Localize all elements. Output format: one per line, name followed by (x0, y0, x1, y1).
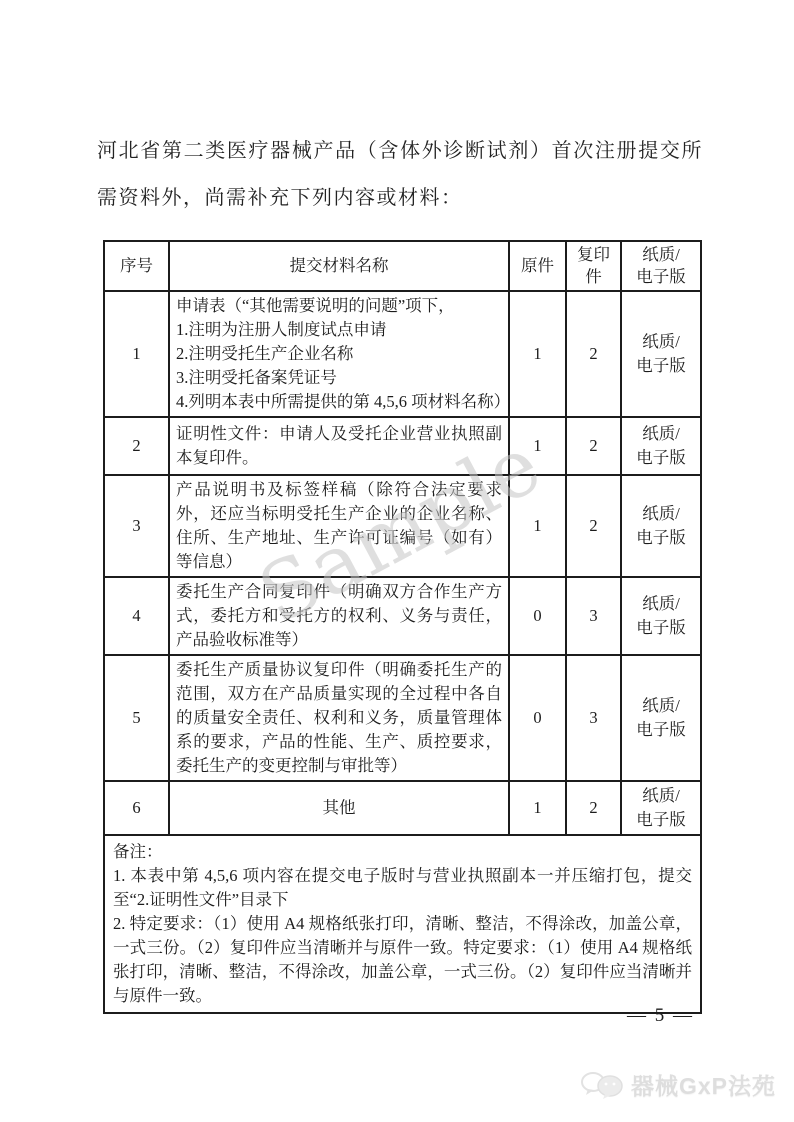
format-value: 纸质/ 电子版 (621, 291, 701, 417)
table-row: 5 委托生产质量协议复印件（明确委托生产的范围，双方在产品质量实现的全过程中各自… (104, 655, 701, 781)
table-row: 2 证明性文件：申请人及受托企业营业执照副本复印件。 1 2 纸质/ 电子版 (104, 417, 701, 475)
copies-count: 2 (566, 475, 621, 577)
material-name: 其他 (169, 781, 509, 835)
row-number: 4 (104, 577, 169, 655)
material-name: 委托生产质量协议复印件（明确委托生产的范围，双方在产品质量实现的全过程中各自的质… (169, 655, 509, 781)
format-value: 纸质/ 电子版 (621, 417, 701, 475)
original-count: 1 (509, 475, 566, 577)
materials-table: 序号 提交材料名称 原件 复印 件 纸质/ 电子版 1 申请表（“其他需要说明的… (103, 240, 702, 1014)
table-row: 4 委托生产合同复印件（明确双方合作生产方式，委托方和受托方的权利、义务与责任，… (104, 577, 701, 655)
document-page: 河北省第二类医疗器械产品（含体外诊断试剂）首次注册提交所需资料外，尚需补充下列内… (0, 0, 794, 1122)
original-count: 1 (509, 781, 566, 835)
format-value: 纸质/ 电子版 (621, 655, 701, 781)
page-number: — 5 — (627, 1005, 694, 1027)
material-name: 委托生产合同复印件（明确双方合作生产方式，委托方和受托方的权利、义务与责任，产品… (169, 577, 509, 655)
notes-text: 备注： 1. 本表中第 4,5,6 项内容在提交电子版时与营业执照副本一并压缩打… (104, 835, 701, 1013)
table-row: 1 申请表（“其他需要说明的问题”项下， 1.注明为注册人制度试点申请 2.注明… (104, 291, 701, 417)
brand-name: 器械GxP法苑 (631, 1068, 776, 1101)
row-number: 3 (104, 475, 169, 577)
copies-count: 3 (566, 577, 621, 655)
notes-row: 备注： 1. 本表中第 4,5,6 项内容在提交电子版时与营业执照副本一并压缩打… (104, 835, 701, 1013)
material-name: 证明性文件：申请人及受托企业营业执照副本复印件。 (169, 417, 509, 475)
original-count: 0 (509, 655, 566, 781)
row-number: 6 (104, 781, 169, 835)
copies-count: 2 (566, 417, 621, 475)
format-value: 纸质/ 电子版 (621, 475, 701, 577)
row-number: 1 (104, 291, 169, 417)
copies-count: 3 (566, 655, 621, 781)
speech-bubbles-icon (581, 1070, 625, 1100)
format-value: 纸质/ 电子版 (621, 577, 701, 655)
brand-watermark: 器械GxP法苑 (581, 1068, 776, 1101)
table-header-row: 序号 提交材料名称 原件 复印 件 纸质/ 电子版 (104, 241, 701, 291)
col-header-format: 纸质/ 电子版 (621, 241, 701, 291)
row-number: 2 (104, 417, 169, 475)
original-count: 1 (509, 417, 566, 475)
table-row: 3 产品说明书及标签样稿（除符合法定要求外，还应当标明受托生产企业的企业名称、住… (104, 475, 701, 577)
copies-count: 2 (566, 291, 621, 417)
copies-count: 2 (566, 781, 621, 835)
format-value: 纸质/ 电子版 (621, 781, 701, 835)
original-count: 1 (509, 291, 566, 417)
col-header-copies: 复印 件 (566, 241, 621, 291)
original-count: 0 (509, 577, 566, 655)
material-name: 产品说明书及标签样稿（除符合法定要求外，还应当标明受托生产企业的企业名称、住所、… (169, 475, 509, 577)
col-header-number: 序号 (104, 241, 169, 291)
intro-paragraph: 河北省第二类医疗器械产品（含体外诊断试剂）首次注册提交所需资料外，尚需补充下列内… (97, 128, 703, 222)
material-name: 申请表（“其他需要说明的问题”项下， 1.注明为注册人制度试点申请 2.注明受托… (169, 291, 509, 417)
col-header-original: 原件 (509, 241, 566, 291)
row-number: 5 (104, 655, 169, 781)
table-row: 6 其他 1 2 纸质/ 电子版 (104, 781, 701, 835)
col-header-material-name: 提交材料名称 (169, 241, 509, 291)
